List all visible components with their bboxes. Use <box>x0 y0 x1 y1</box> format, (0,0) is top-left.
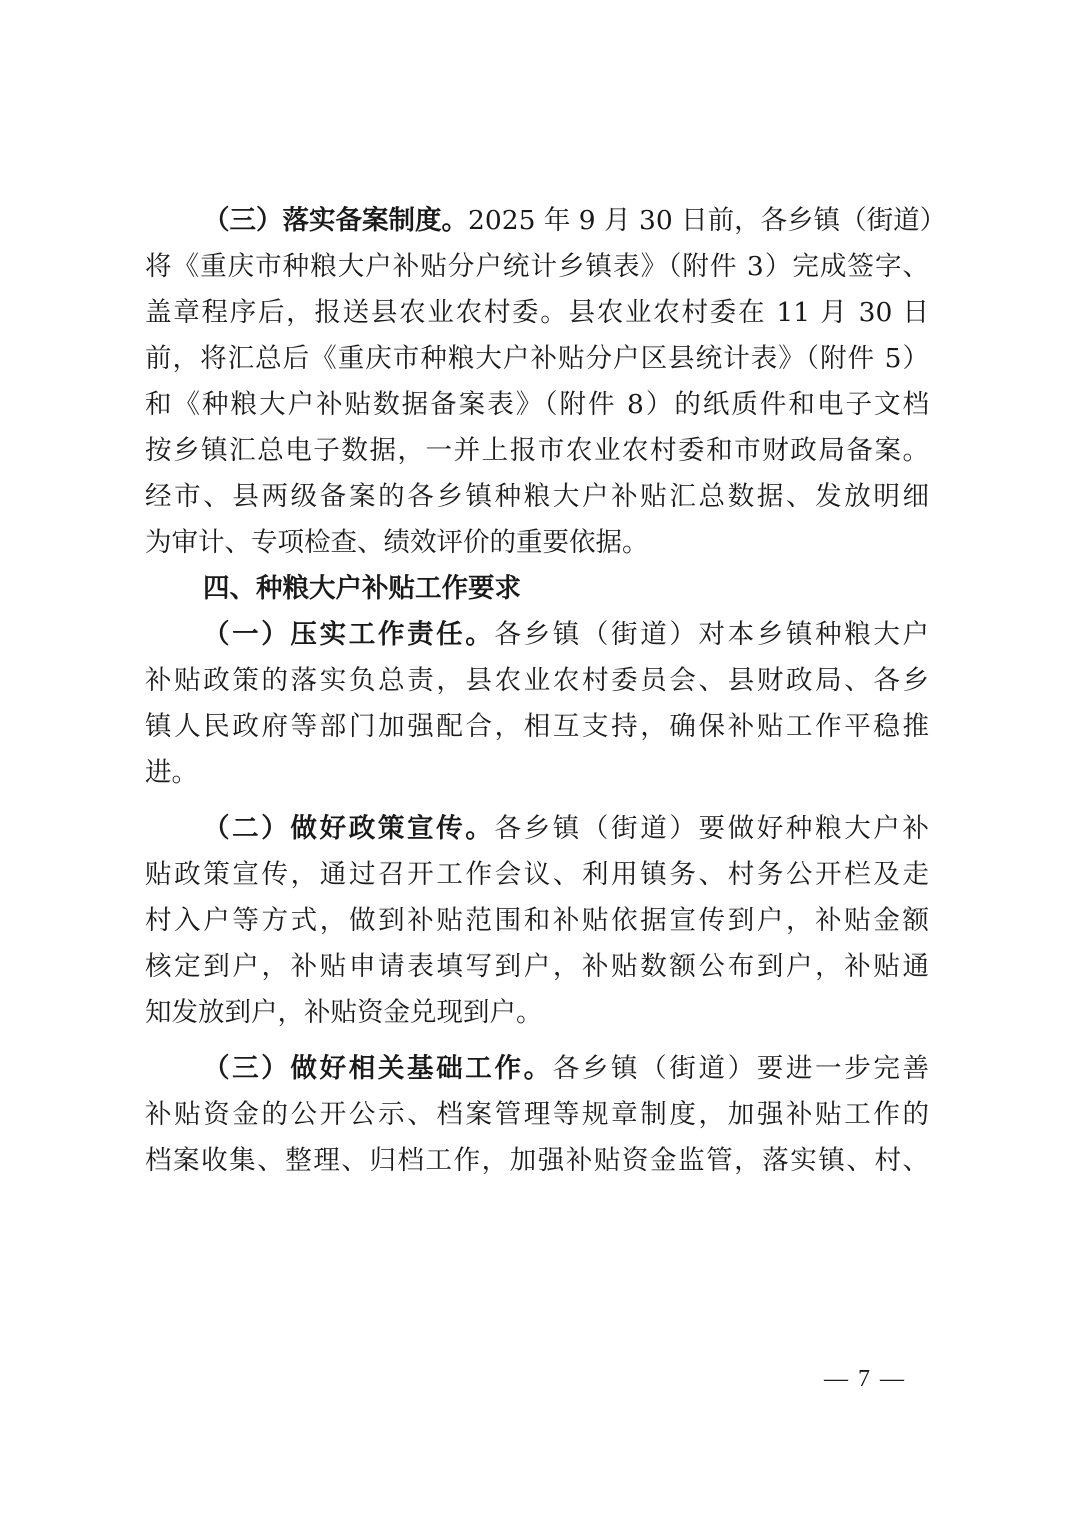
paragraph-line: 进。 <box>145 750 929 796</box>
paragraph-line: （三）做好相关基础工作。各乡镇（街道）要进一步完善 <box>145 1046 929 1092</box>
paragraph-line: 知发放到户，补贴资金兑现到户。 <box>145 990 929 1036</box>
paragraph-text: 各乡镇（街道）对本乡镇种粮大户 <box>494 619 929 650</box>
paragraph-line: 按乡镇汇总电子数据，一并上报市农业农村委和市财政局备案。 <box>145 428 929 474</box>
paragraph-line: 和《种粮大户补贴数据备案表》（附件 8）的纸质件和电子文档 <box>145 382 929 428</box>
paragraph-lead: （三）落实备案制度。 <box>203 205 468 236</box>
document-page: （三）落实备案制度。2025 年 9 月 30 日前，各乡镇（街道） 将《重庆市… <box>145 198 929 1184</box>
paragraph-text: 2025 年 9 月 30 日前，各乡镇（街道） <box>468 205 946 236</box>
paragraph-line: 补贴政策的落实负总责，县农业农村委员会、县财政局、各乡 <box>145 658 929 704</box>
paragraph-line: 贴政策宣传，通过召开工作会议、利用镇务、村务公开栏及走 <box>145 852 929 898</box>
section-heading: 四、种粮大户补贴工作要求 <box>145 566 929 612</box>
paragraph-line: 前，将汇总后《重庆市种粮大户补贴分户区县统计表》（附件 5） <box>145 336 929 382</box>
paragraph-line: 档案收集、整理、归档工作，加强补贴资金监管，落实镇、村、 <box>145 1138 929 1184</box>
paragraph-line: 为审计、专项检查、绩效评价的重要依据。 <box>145 520 929 566</box>
paragraph-line: （一）压实工作责任。各乡镇（街道）对本乡镇种粮大户 <box>145 612 929 658</box>
paragraph-line: 将《重庆市种粮大户补贴分户统计乡镇表》（附件 3）完成签字、 <box>145 244 929 290</box>
paragraph-line: 经市、县两级备案的各乡镇种粮大户补贴汇总数据、发放明细 <box>145 474 929 520</box>
paragraph-lead: （一）压实工作责任。 <box>203 619 494 650</box>
paragraph-lead: （三）做好相关基础工作。 <box>203 1053 553 1084</box>
paragraph-line: 核定到户，补贴申请表填写到户，补贴数额公布到户，补贴通 <box>145 944 929 990</box>
page-number: — 7 — <box>824 1364 906 1394</box>
paragraph-text: 各乡镇（街道）要做好种粮大户补 <box>494 813 929 844</box>
paragraph-line: 村入户等方式，做到补贴范围和补贴依据宣传到户，补贴金额 <box>145 898 929 944</box>
paragraph-line: 盖章程序后，报送县农业农村委。县农业农村委在 11 月 30 日 <box>145 290 929 336</box>
paragraph-line: （二）做好政策宣传。各乡镇（街道）要做好种粮大户补 <box>145 806 929 852</box>
paragraph-line: （三）落实备案制度。2025 年 9 月 30 日前，各乡镇（街道） <box>145 198 929 244</box>
paragraph-text: 各乡镇（街道）要进一步完善 <box>553 1053 929 1084</box>
paragraph-lead: （二）做好政策宣传。 <box>203 813 494 844</box>
paragraph-line: 镇人民政府等部门加强配合，相互支持，确保补贴工作平稳推 <box>145 704 929 750</box>
paragraph-line: 补贴资金的公开公示、档案管理等规章制度，加强补贴工作的 <box>145 1092 929 1138</box>
